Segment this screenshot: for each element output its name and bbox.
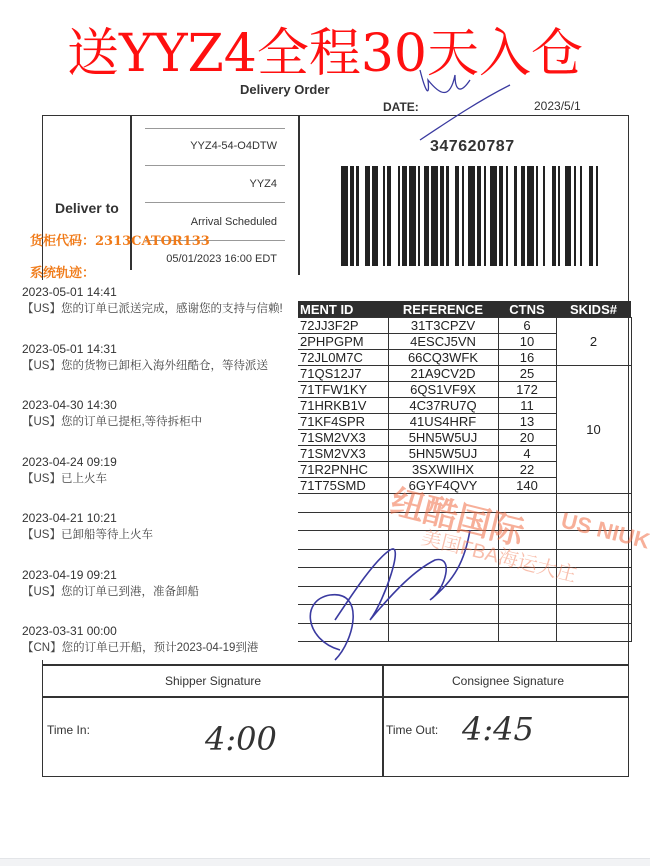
arrival-status: Arrival Scheduled: [147, 216, 277, 228]
ctns-cell: 6: [498, 318, 556, 334]
tracking-event: 2023-04-19 09:21【US】您的订单已到港，准备卸船: [22, 567, 199, 601]
reference-cell: 5HN5W5UJ: [388, 430, 498, 446]
divider: [145, 165, 285, 166]
date-value: 2023/5/1: [534, 99, 581, 113]
shipment-id-cell: 71TFW1KY: [298, 382, 388, 398]
handwritten-initials: [410, 60, 520, 150]
tracking-description: 【US】您的货物已卸柜入海外纽酷仓，等待派送: [22, 358, 268, 375]
shipment-id-cell: 71T75SMD: [298, 478, 388, 494]
tracking-label: 系统轨迹：: [30, 262, 95, 281]
col-shipment-id: MENT ID: [298, 301, 388, 318]
col-reference: REFERENCE: [388, 301, 498, 318]
tracking-event: 2023-04-30 14:30【US】您的订单已提柜,等待拆柜中: [22, 397, 202, 431]
shipment-code: YYZ4-54-O4DTW: [147, 140, 277, 152]
tracking-event: 2023-05-01 14:41【US】您的订单已派送完成，感谢您的支持与信赖!: [22, 284, 283, 318]
deliver-to-label: Deliver to: [55, 200, 119, 216]
tracking-event: 2023-05-01 14:31【US】您的货物已卸柜入海外纽酷仓，等待派送: [22, 341, 268, 375]
shipment-id-cell: 71SM2VX3: [298, 446, 388, 462]
tracking-time: 2023-03-31 00:00: [22, 623, 258, 640]
ctns-cell: 140: [498, 478, 556, 494]
tracking-event: 2023-04-24 09:19【US】已上火车: [22, 454, 117, 488]
ctns-cell: 16: [498, 350, 556, 366]
divider: [42, 696, 629, 698]
ctns-cell: 11: [498, 398, 556, 414]
table-row: 71QS12J721A9CV2D2510: [298, 366, 631, 382]
shipment-id-cell: 71KF4SPR: [298, 414, 388, 430]
shipment-id-cell: 2PHPGPM: [298, 334, 388, 350]
ctns-cell: 10: [498, 334, 556, 350]
reference-cell: 6QS1VF9X: [388, 382, 498, 398]
tracking-time: 2023-05-01 14:41: [22, 284, 283, 301]
tracking-description: 【US】已卸船等待上火车: [22, 527, 153, 544]
table-row: 72JJ3F2P31T3CPZV62: [298, 318, 631, 334]
tracking-time: 2023-04-21 10:21: [22, 510, 153, 527]
scheduled-time: 05/01/2023 16:00 EDT: [147, 253, 277, 265]
ctns-cell: 25: [498, 366, 556, 382]
consignee-signature-label: Consignee Signature: [452, 674, 564, 688]
tracking-timeline: 2023-05-01 14:41【US】您的订单已派送完成，感谢您的支持与信赖!…: [0, 280, 298, 660]
divider: [382, 664, 384, 777]
tracking-time: 2023-04-19 09:21: [22, 567, 199, 584]
promo-headline: 送YYZ4全程30天入仓: [0, 22, 650, 86]
ctns-cell: 172: [498, 382, 556, 398]
skids-cell: 2: [556, 318, 631, 366]
reference-cell: 31T3CPZV: [388, 318, 498, 334]
reference-cell: 21A9CV2D: [388, 366, 498, 382]
tracking-time: 2023-04-24 09:19: [22, 454, 117, 471]
tracking-time: 2023-04-30 14:30: [22, 397, 202, 414]
ctns-cell: 4: [498, 446, 556, 462]
barcode-image: [341, 166, 603, 266]
shipment-id-cell: 72JL0M7C: [298, 350, 388, 366]
ctns-cell: 22: [498, 462, 556, 478]
col-skids: SKIDS#: [556, 301, 631, 318]
time-in-label: Time In:: [47, 723, 90, 737]
reference-cell: 5HN5W5UJ: [388, 446, 498, 462]
facility-code: YYZ4: [147, 178, 277, 190]
tracking-description: 【US】您的订单已提柜,等待拆柜中: [22, 414, 202, 431]
divider: [298, 115, 300, 275]
tracking-event: 2023-04-21 10:21【US】已卸船等待上火车: [22, 510, 153, 544]
col-ctns: CTNS: [498, 301, 556, 318]
tracking-description: 【US】您的订单已到港，准备卸船: [22, 584, 199, 601]
tracking-description: 【US】您的订单已派送完成，感谢您的支持与信赖!: [22, 301, 283, 318]
tracking-event: 2023-03-31 00:00【CN】您的订单已开船，预计2023-04-19…: [22, 623, 258, 657]
tracking-description: 【US】已上火车: [22, 471, 117, 488]
ctns-cell: 20: [498, 430, 556, 446]
shipper-signature-label: Shipper Signature: [165, 674, 261, 688]
tracking-description: 【CN】您的订单已开船，预计2023-04-19到港: [22, 640, 258, 657]
reference-cell: 41US4HRF: [388, 414, 498, 430]
ctns-cell: 13: [498, 414, 556, 430]
shipment-id-cell: 71SM2VX3: [298, 430, 388, 446]
time-in-value: 4:00: [205, 720, 277, 758]
skids-cell: 10: [556, 366, 631, 494]
time-out-label: Time Out:: [386, 723, 438, 737]
footer-bar: [0, 858, 650, 866]
shipment-id-cell: 71QS12J7: [298, 366, 388, 382]
shipment-id-cell: 72JJ3F2P: [298, 318, 388, 334]
divider: [145, 202, 285, 203]
container-code-label: 货柜代码：2313CATOR133: [30, 230, 210, 249]
reference-cell: 4ESCJ5VN: [388, 334, 498, 350]
shipment-id-cell: 71HRKB1V: [298, 398, 388, 414]
reference-cell: 4C37RU7Q: [388, 398, 498, 414]
tracking-time: 2023-05-01 14:31: [22, 341, 268, 358]
reference-cell: 66CQ3WFK: [388, 350, 498, 366]
divider: [145, 128, 285, 129]
time-out-value: 4:45: [462, 710, 534, 748]
shipment-id-cell: 71R2PNHC: [298, 462, 388, 478]
